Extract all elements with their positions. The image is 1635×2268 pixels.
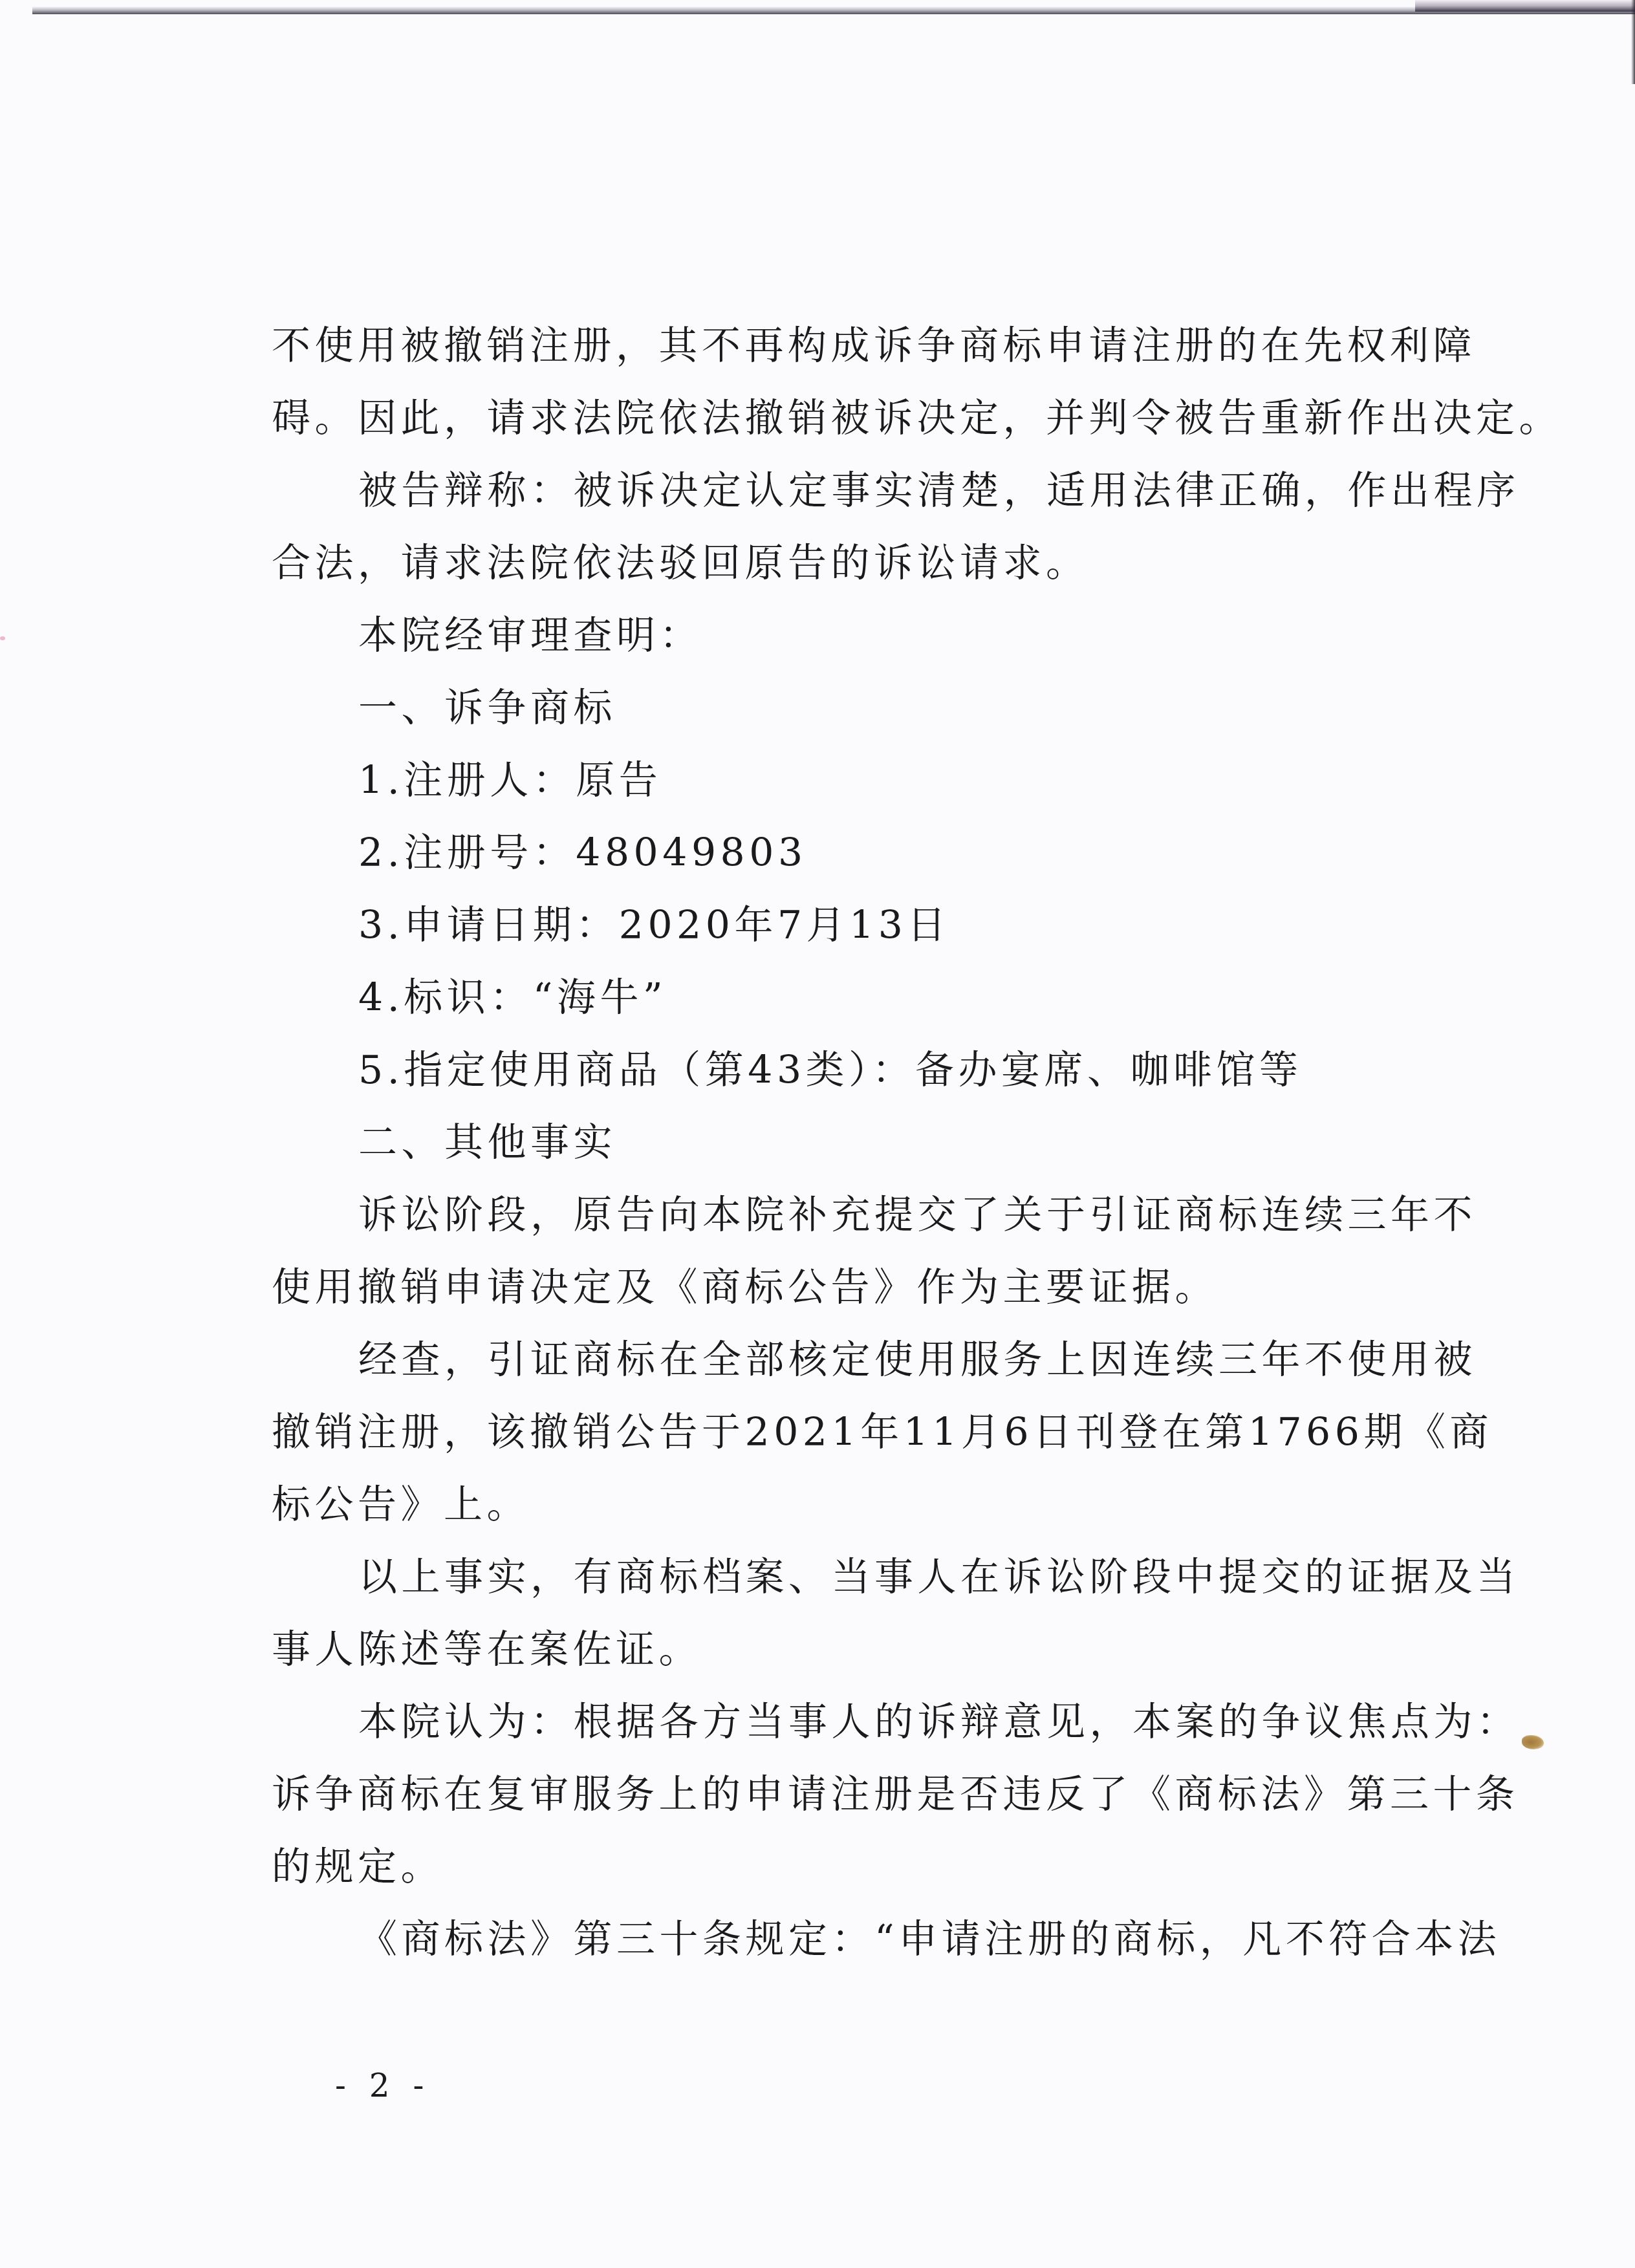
- text-line-2: 碍。因此，请求法院依法撤销被诉决定，并判令被告重新作出决定。: [272, 382, 1491, 455]
- section-heading-other-facts: 二、其他事实: [358, 1107, 1491, 1179]
- text-line-14: 使用撤销申请决定及《商标公告》作为主要证据。: [272, 1251, 1491, 1324]
- document-page: 不使用被撤销注册，其不再构成诉争商标申请注册的在先权利障 碍。因此，请求法院依法…: [0, 0, 1635, 2268]
- text-line-13: 诉讼阶段，原告向本院补充提交了关于引证商标连续三年不: [358, 1179, 1491, 1251]
- section-heading-disputed-trademark: 一、诉争商标: [358, 672, 1491, 744]
- item-registration-number: 2.注册号：48049803: [358, 817, 1491, 889]
- item-designated-goods: 5.指定使用商品（第43类）：备办宴席、咖啡馆等: [358, 1034, 1491, 1107]
- text-line-1: 不使用被撤销注册，其不再构成诉争商标申请注册的在先权利障: [272, 310, 1491, 382]
- page-number: - 2 -: [335, 2060, 430, 2111]
- text-line-22: 的规定。: [272, 1831, 1491, 1903]
- item-application-date: 3.申请日期：2020年7月13日: [358, 889, 1491, 962]
- text-line-5: 本院经审理查明：: [358, 599, 1491, 672]
- text-line-20: 本院认为：根据各方当事人的诉辩意见，本案的争议焦点为：: [358, 1686, 1491, 1758]
- text-line-3: 被告辩称：被诉决定认定事实清楚，适用法律正确，作出程序: [358, 455, 1491, 527]
- item-registrant: 1.注册人：原告: [358, 744, 1491, 817]
- text-line-18: 以上事实，有商标档案、当事人在诉讼阶段中提交的证据及当: [358, 1541, 1491, 1614]
- item-mark: 4.标识：“海牛”: [358, 962, 1491, 1034]
- text-line-17: 标公告》上。: [272, 1469, 1491, 1541]
- text-line-21: 诉争商标在复审服务上的申请注册是否违反了《商标法》第三十条: [272, 1758, 1491, 1831]
- text-line-19: 事人陈述等在案佐证。: [272, 1614, 1491, 1686]
- text-line-23: 《商标法》第三十条规定：“申请注册的商标，凡不符合本法: [358, 1903, 1491, 1976]
- text-line-16: 撤销注册，该撤销公告于2021年11月6日刊登在第1766期《商: [272, 1396, 1491, 1469]
- text-line-15: 经查，引证商标在全部核定使用服务上因连续三年不使用被: [358, 1324, 1491, 1396]
- text-line-4: 合法，请求法院依法驳回原告的诉讼请求。: [272, 527, 1491, 599]
